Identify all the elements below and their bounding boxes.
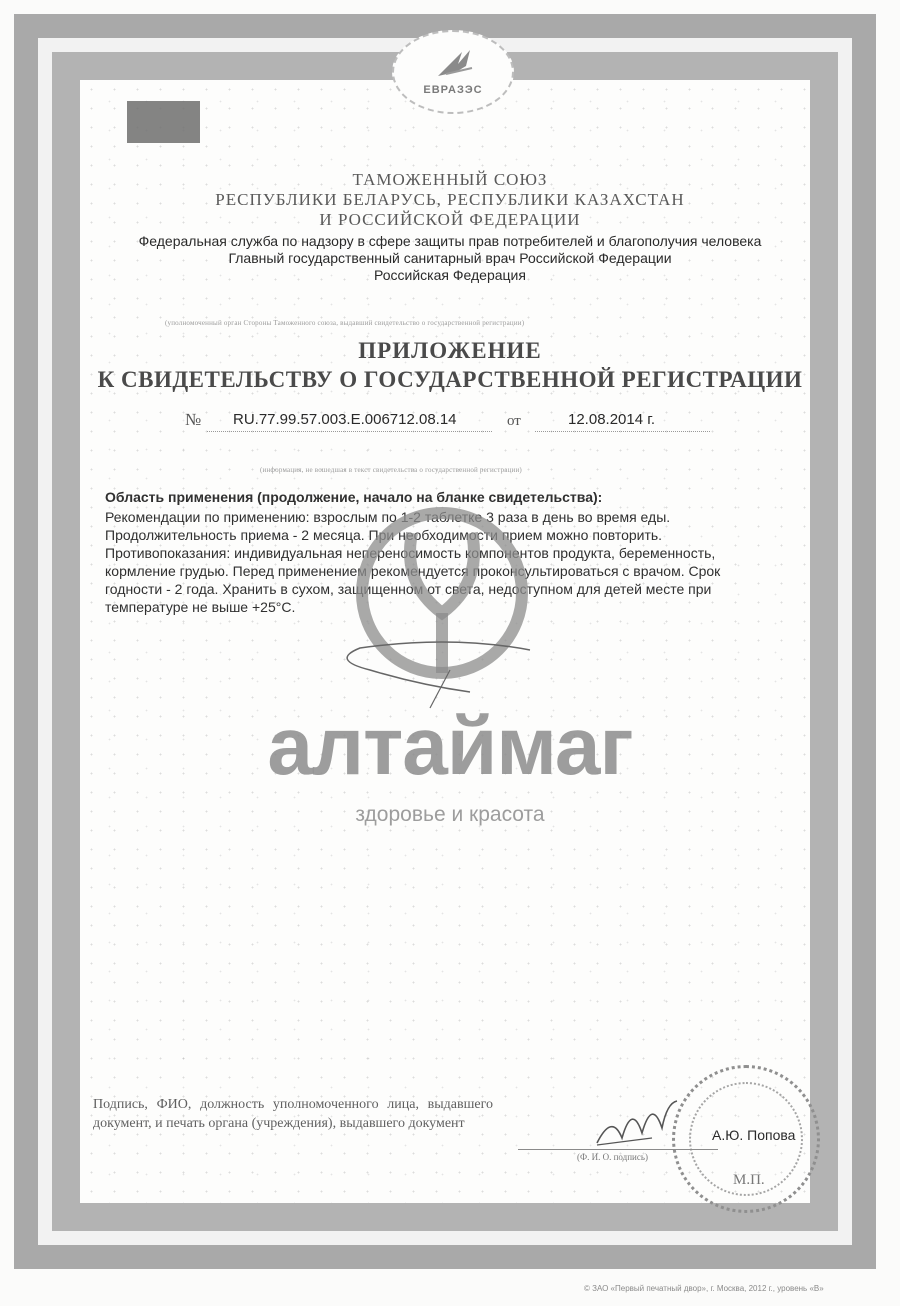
signature-caption: Подпись, ФИО, должность уполномоченного …: [93, 1095, 493, 1133]
seal-label: М.П.: [733, 1172, 765, 1189]
header-country: Российская Федерация: [0, 267, 900, 283]
number-label: №: [185, 410, 201, 430]
header-agency: Федеральная служба по надзору в сфере за…: [0, 233, 900, 249]
fio-caption: (Ф. И. О. подпись): [577, 1152, 648, 1162]
header-union: ТАМОЖЕННЫЙ СОЮЗ: [0, 170, 900, 190]
signature-icon: [592, 1093, 682, 1153]
eurasec-emblem-icon: [436, 46, 476, 80]
registration-line: № RU.77.99.57.003.E.006712.08.14 от 12.0…: [185, 410, 725, 436]
number-underline: [207, 431, 492, 432]
document-title: ПРИЛОЖЕНИЕ: [0, 338, 900, 364]
registration-caption: (информация, не вошедшая в текст свидете…: [260, 466, 522, 474]
watermark-tagline: здоровье и красота: [0, 803, 900, 827]
authority-caption: (уполномоченный орган Стороны Таможенног…: [165, 319, 524, 327]
eurasec-emblem: ЕВРАЗЭС: [392, 30, 514, 114]
hologram-security-patch: [127, 101, 200, 143]
header-republics: РЕСПУБЛИКИ БЕЛАРУСЬ, РЕСПУБЛИКИ КАЗАХСТА…: [0, 190, 900, 210]
watermark-brand: алтаймаг: [0, 700, 900, 794]
header-federation: И РОССИЙСКОЙ ФЕДЕРАЦИИ: [0, 210, 900, 230]
from-label: от: [507, 413, 521, 430]
signature-line: [518, 1149, 718, 1150]
signer-name: А.Ю. Попова: [712, 1127, 795, 1143]
document-subtitle: К СВИДЕТЕЛЬСТВУ О ГОСУДАРСТВЕННОЙ РЕГИСТ…: [0, 367, 900, 393]
emblem-label: ЕВРАЗЭС: [394, 84, 512, 96]
date-underline: [535, 431, 710, 432]
registration-number: RU.77.99.57.003.E.006712.08.14: [233, 411, 457, 428]
header-chief-doctor: Главный государственный санитарный врач …: [0, 250, 900, 266]
registration-date: 12.08.2014 г.: [568, 411, 655, 428]
handwritten-mark: [330, 630, 560, 710]
printer-imprint: © ЗАО «Первый печатный двор», г. Москва,…: [584, 1284, 824, 1293]
